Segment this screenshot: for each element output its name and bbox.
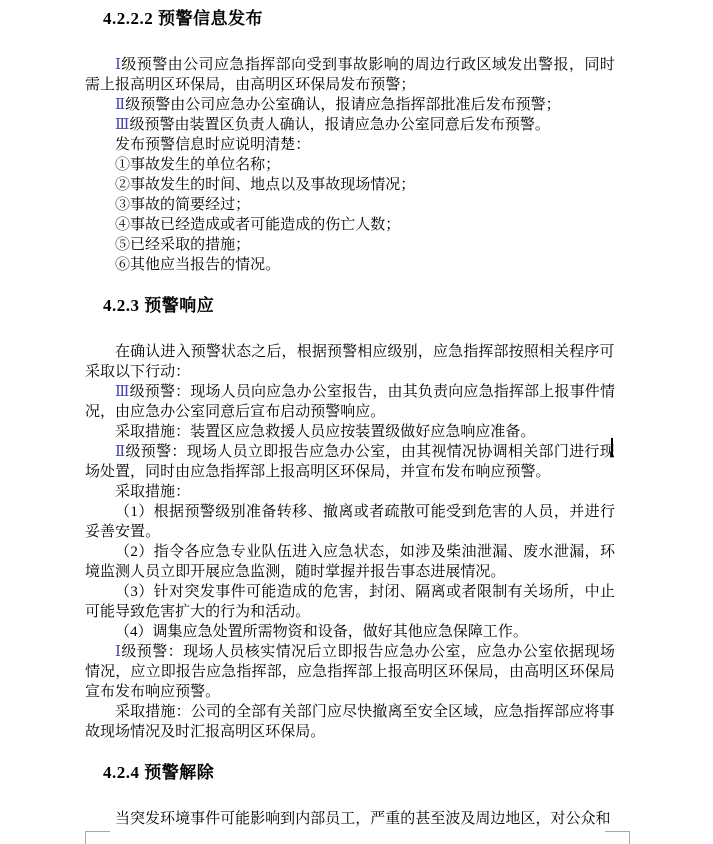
section: 4.2.4 预警解除当突发环境事件可能影响到内部员工，严重的甚至波及周边地区，对… (85, 762, 615, 829)
paragraph[interactable]: ①事故发生的单位名称； (85, 155, 615, 175)
paragraph[interactable]: ⑥其他应当报告的情况。 (85, 255, 615, 275)
paragraph[interactable]: 发布预警信息时应说明清楚： (85, 135, 615, 155)
paragraph[interactable]: （1）根据预警级别准备转移、撤离或者疏散可能受到危害的人员，并进行妥善安置。 (85, 502, 615, 542)
roman-numeral: Ⅱ (115, 444, 126, 460)
document-page[interactable]: 4.2.2.2 预警信息发布Ⅰ级预警由公司应急指挥部向受到事故影响的周边行政区域… (0, 0, 713, 844)
roman-numeral: Ⅰ (115, 644, 121, 660)
roman-numeral: Ⅰ (115, 57, 121, 73)
paragraph[interactable]: ⑤已经采取的措施； (85, 235, 615, 255)
text-boundary-mark-left (85, 831, 110, 844)
paragraph[interactable]: 采取措施：装置区应急救援人员应按装置级做好应急响应准备。 (85, 422, 615, 442)
section-heading: 4.2.3 预警响应 (103, 295, 615, 317)
paragraph[interactable]: （3）针对突发事件可能造成的危害，封闭、隔离或者限制有关场所，中止可能导致危害扩… (85, 582, 615, 622)
text-boundary-mark-right (605, 831, 630, 844)
paragraph[interactable]: 当突发环境事件可能影响到内部员工，严重的甚至波及周边地区，对公众和 (85, 809, 615, 829)
paragraph[interactable]: 采取措施： (85, 482, 615, 502)
paragraph[interactable]: ③事故的简要经过； (85, 195, 615, 215)
paragraph[interactable]: Ⅱ级预警：现场人员立即报告应急办公室，由其视情况协调相关部门进行现场处置，同时由… (85, 442, 615, 482)
paragraph[interactable]: 在确认进入预警状态之后，根据预警相应级别，应急指挥部按照相关程序可采取以下行动： (85, 342, 615, 382)
roman-numeral: Ⅲ (115, 117, 129, 133)
paragraph[interactable]: Ⅲ级预警：现场人员向应急办公室报告，由其负责向应急指挥部上报事件情况，由应急办公… (85, 382, 615, 422)
paragraph[interactable]: （2）指令各应急专业队伍进入应急状态，如涉及柴油泄漏、废水泄漏，环境监测人员立即… (85, 542, 615, 582)
paragraph[interactable]: Ⅱ级预警由公司应急办公室确认，报请应急指挥部批准后发布预警； (85, 95, 615, 115)
document-content: 4.2.2.2 预警信息发布Ⅰ级预警由公司应急指挥部向受到事故影响的周边行政区域… (85, 8, 615, 829)
paragraph[interactable]: （4）调集应急处置所需物资和设备，做好其他应急保障工作。 (85, 622, 615, 642)
section: 4.2.2.2 预警信息发布Ⅰ级预警由公司应急指挥部向受到事故影响的周边行政区域… (85, 8, 615, 275)
paragraph[interactable]: Ⅰ级预警由公司应急指挥部向受到事故影响的周边行政区域发出警报，同时需上报高明区环… (85, 55, 615, 95)
roman-numeral: Ⅱ (115, 97, 125, 113)
section: 4.2.3 预警响应在确认进入预警状态之后，根据预警相应级别，应急指挥部按照相关… (85, 295, 615, 742)
paragraph[interactable]: 采取措施：公司的全部有关部门应尽快撤离至安全区域，应急指挥部应将事故现场情况及时… (85, 702, 615, 742)
paragraph[interactable]: ②事故发生的时间、地点以及事故现场情况； (85, 175, 615, 195)
text-cursor (611, 438, 613, 457)
paragraph[interactable]: ④事故已经造成或者可能造成的伤亡人数； (85, 215, 615, 235)
paragraph[interactable]: Ⅲ级预警由装置区负责人确认，报请应急办公室同意后发布预警。 (85, 115, 615, 135)
section-heading: 4.2.4 预警解除 (103, 762, 615, 784)
paragraph[interactable]: Ⅰ级预警：现场人员核实情况后立即报告应急办公室，应急办公室依据现场情况，应立即报… (85, 642, 615, 702)
section-heading: 4.2.2.2 预警信息发布 (103, 8, 615, 30)
roman-numeral: Ⅲ (115, 384, 130, 400)
